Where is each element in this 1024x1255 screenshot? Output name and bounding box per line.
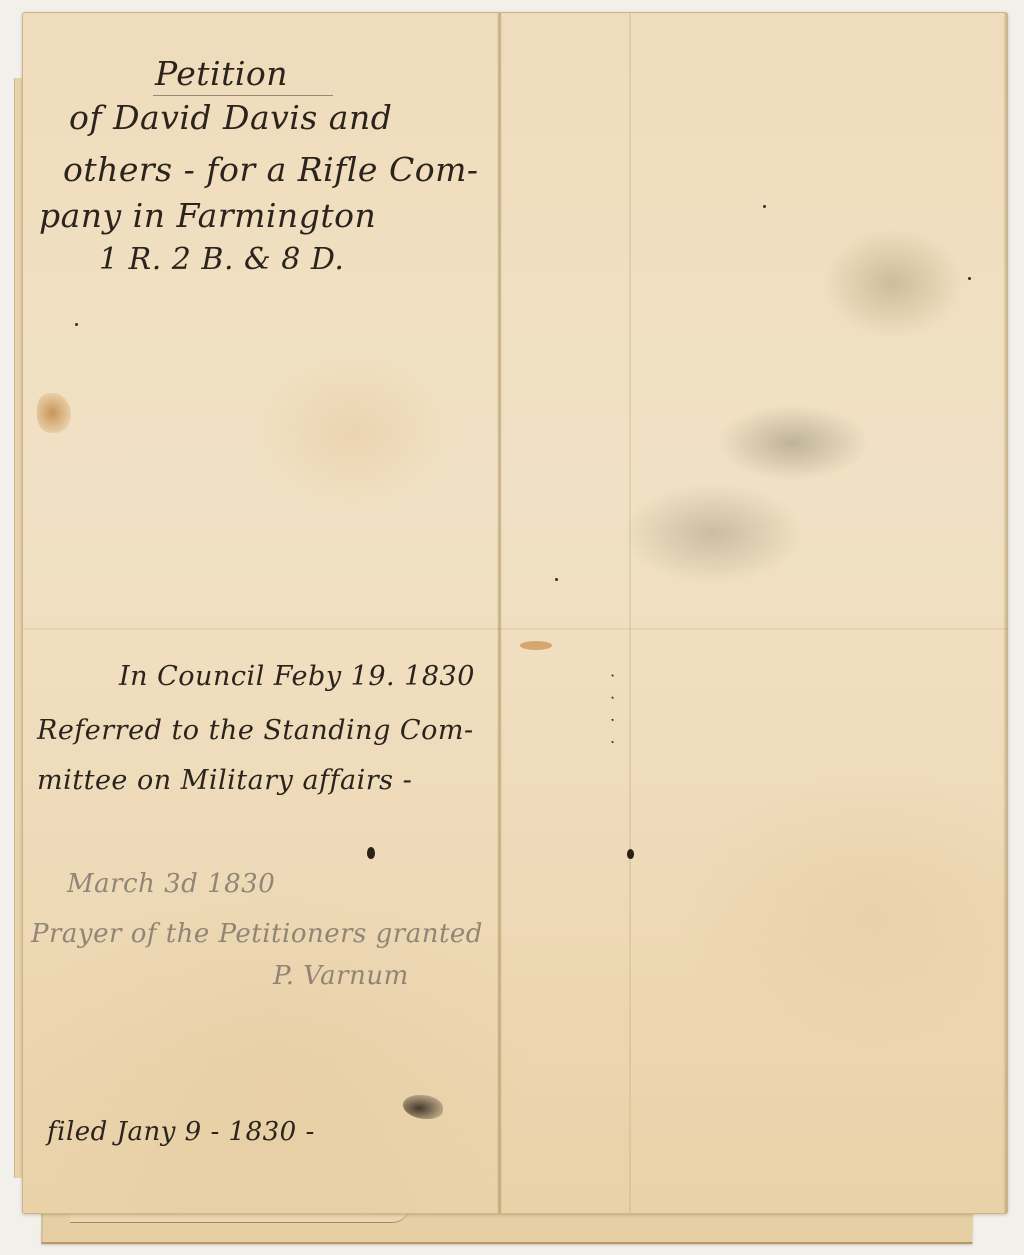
docket-title-line-1: Petition [155, 57, 288, 90]
ink-blot [403, 1095, 443, 1119]
title-rule [153, 95, 333, 96]
rust-stain [37, 393, 71, 433]
docket-title-line-3: others - for a Rifle Com- [63, 153, 479, 186]
sheet-right-edge [1003, 13, 1007, 1213]
council-endorsement-line-1: In Council Feby 19. 1830 [119, 661, 475, 692]
docket-title-line-4: pany in Farmington [39, 199, 376, 232]
docket-title-line-2: of David Davis and [69, 101, 392, 134]
pencil-endorsement-signature: P. Varnum [273, 961, 409, 991]
ink-dot [627, 849, 634, 859]
speck [763, 205, 766, 208]
ink-dot [367, 847, 375, 859]
council-endorsement-line-2: Referred to the Standing Com- [37, 715, 474, 746]
paper-sheet: Petition of David Davis and others - for… [22, 12, 1008, 1214]
horizontal-fold-crease [23, 628, 1007, 630]
council-endorsement-line-3: mittee on Military affairs - [37, 765, 412, 796]
filing-note: filed Jany 9 - 1830 - [47, 1117, 315, 1147]
scanned-document: Petition of David Davis and others - for… [0, 0, 1024, 1255]
pencil-endorsement-date: March 3d 1830 [67, 869, 275, 899]
speck [968, 277, 971, 280]
right-fold-crease [629, 13, 631, 1213]
center-fold-crease [497, 13, 502, 1213]
margin-marks: · · · · [601, 673, 623, 751]
speck [555, 578, 558, 581]
pencil-endorsement-decision: Prayer of the Petitioners granted [31, 919, 483, 949]
fold-stain [520, 641, 552, 650]
docket-title-line-5: 1 R. 2 B. & 8 D. [99, 245, 344, 275]
speck [75, 323, 78, 326]
